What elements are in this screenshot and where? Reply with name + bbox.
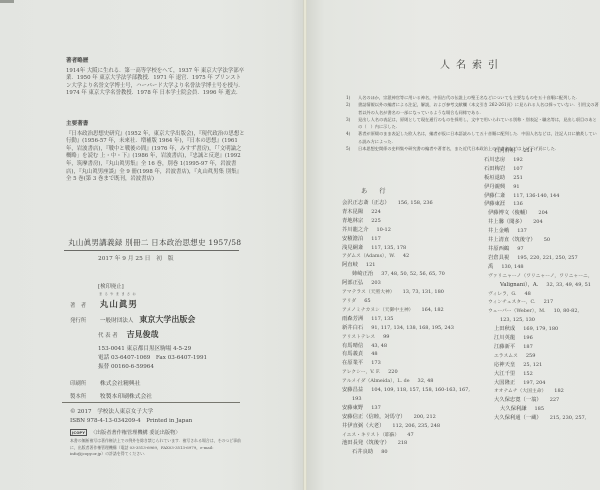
entry-name: 大久保利通（一蔵）	[494, 415, 542, 421]
index-entry: 青木昆陽224	[342, 208, 502, 217]
index-entry: 安藤東野137	[342, 404, 502, 413]
index-entry: アマテラス（天照大神）13, 73, 131, 180	[342, 288, 502, 297]
index-entry: アルメイダ（Almeida），L. de32, 48	[342, 377, 502, 386]
entry-name: 安積澹泊	[342, 236, 363, 242]
index-entry: 有馬義貞48	[342, 350, 502, 359]
entry-pages: 156, 158, 236	[398, 200, 433, 206]
phone-line: 電話 03-6407-1069 Fax 03-6407-1991	[98, 353, 207, 361]
entry-name: アメノミナカヌシ（天御中主神）	[342, 308, 413, 313]
note-item: 4)著者が原綴のまま表記した欧人名は，編者が仮に日本語読みして五十音順に配列した…	[346, 130, 600, 145]
works-heading: 主要著書	[66, 121, 246, 129]
entry-pages: 227	[550, 397, 560, 403]
note-number: 3)	[346, 116, 358, 131]
index-entry: 有馬晴信43, 48	[342, 342, 502, 351]
author-name: 丸山眞男	[100, 300, 138, 310]
printer-row: 印刷所 株式会社精興社	[70, 378, 141, 387]
entry-name: 浅見絅斎	[342, 245, 363, 251]
entry-pages: 187	[523, 344, 533, 350]
representative-name: 吉見俊哉	[127, 329, 159, 339]
index-entry: 在原業平173	[342, 359, 502, 368]
index-entry: 岩倉具視195, 220, 221, 250, 257	[484, 254, 600, 263]
entry-pages: 32, 48	[418, 378, 434, 384]
entry-pages: 13, 73, 131, 180	[403, 289, 444, 295]
note-text: 見出し人名の表記は，原則として現在通行のものを採用し，文中で用いられている別称・…	[358, 116, 600, 131]
note-text: 人名のほか，宗派神官等に用いる神名，中国古代の伝説上の聖王名などについても主要な…	[358, 94, 580, 101]
entry-name: 大国隆正	[494, 380, 515, 386]
address-line: 153-0041 東京都目黒区駒場 4-5-29	[98, 344, 191, 352]
note-number: 1)	[346, 94, 358, 101]
entry-pages: 99	[383, 334, 389, 340]
index-entry: アリストテレス99	[342, 333, 502, 342]
entry-name: ヴィレラ，G.	[488, 292, 517, 297]
entry-pages: 182	[554, 388, 564, 394]
entry-pages: 137	[517, 228, 527, 234]
index-title: 人名索引	[440, 56, 504, 71]
bio-text: 1914年 大阪に生れる．第一高等学校をへて，1937 年 東京大学法学部卒業．…	[66, 68, 246, 98]
author-ruby: まるやままさお	[99, 291, 138, 296]
index-entry: 新井白石91, 117, 134, 138, 168, 195, 243	[342, 324, 502, 333]
entry-name: アマテラス（天照大神）	[342, 290, 395, 295]
entry-name: アリダ	[342, 299, 356, 304]
entry-name: 石田梅岩	[484, 166, 505, 172]
index-entry: ウェーバー（Weber），M.10, 80-82,	[484, 307, 600, 316]
index-entry: 石川忠房192	[484, 156, 600, 165]
entry-pages: 48	[371, 351, 377, 357]
index-entry: 123, 125, 130	[484, 316, 600, 325]
section-heading: あ 行	[361, 186, 389, 195]
divider	[62, 402, 240, 403]
entry-name: アリストテレス	[342, 335, 375, 340]
representative-row: 代 表 者 吉見俊哉	[98, 329, 159, 340]
entry-name: 阿直岐	[342, 262, 358, 268]
entry-name: 安藤昌益	[342, 387, 363, 393]
entry-pages: 80	[381, 449, 387, 455]
index-entry: 池田長発（筑後守）218	[342, 439, 502, 448]
index-entry: ウィンチェスター，C.217	[484, 298, 600, 307]
entry-name: エラスムス	[494, 354, 518, 359]
entry-name: 井上金峨	[488, 228, 509, 234]
index-notes: 1)人名のほか，宗派神官等に用いる神名，中国古代の伝説上の聖王名などについても主…	[346, 94, 600, 152]
index-entry: 応神天皇25, 121	[484, 361, 600, 370]
entry-name: 伊藤仁斎	[484, 193, 505, 199]
entry-pages: 37, 48, 50, 52, 56, 65, 70	[381, 271, 445, 277]
entry-pages: 50	[544, 237, 550, 243]
entry-pages: 251	[513, 175, 523, 181]
index-entry: 安藤昌益104, 109, 118, 157, 158, 160-163, 16…	[342, 386, 502, 395]
entry-pages: 117, 135, 178	[371, 245, 406, 251]
index-entry: 井上金峨137	[484, 227, 600, 236]
entry-pages: 200, 212	[414, 414, 436, 420]
index-entry: 芥川龍之介10-12	[342, 226, 502, 235]
transfer-line: 振替 00160-6-59964	[98, 362, 154, 370]
index-entry: イエス・キリスト（耶蘇）47	[342, 431, 502, 440]
entry-pages: 10, 80-82,	[554, 308, 580, 314]
index-entry: ヴィレラ，G.48	[484, 290, 600, 299]
representative-label: 代 表 者	[98, 333, 118, 339]
entry-name: イエス・キリスト（耶蘇）	[342, 433, 399, 438]
index-entry: 大国隆正197, 204	[484, 379, 600, 388]
entry-pages: 97	[517, 246, 523, 252]
entry-name: 新井白石	[342, 325, 363, 331]
note-text: 書誌情報以外の編者による注記，解説，および参考文献欄（本文引き 262-261頁…	[358, 101, 600, 116]
copyright: © 2017 学校法人東京女子大学	[70, 407, 153, 415]
entry-pages: 259	[526, 353, 536, 359]
entry-name: 大久保忠寛（一翁）	[494, 397, 542, 403]
publisher-name: 東京大学出版会	[139, 314, 195, 324]
entry-pages: 192	[513, 157, 523, 163]
entry-name: 石川忠房	[484, 157, 505, 163]
entry-pages: 48	[525, 291, 531, 297]
entry-name: 有馬晴信	[342, 343, 363, 349]
index-column-2: 石河幹明251石川忠房192石田梅岩107板垣退助251伊丹親興91伊藤仁斎11…	[484, 147, 600, 423]
index-entry: 阿部正弘203	[342, 279, 502, 288]
index-entry: 安積澹泊117	[342, 235, 502, 244]
publisher-corp-type: 一般財団法人	[100, 318, 134, 324]
entry-pages: 215, 230, 257,	[550, 415, 587, 421]
index-entry: 浅見絅斎117, 135, 178	[342, 244, 502, 253]
entry-pages: 196	[523, 335, 533, 341]
entry-pages: 10-12	[377, 227, 391, 233]
entry-pages: 251	[523, 148, 533, 154]
entry-pages: 224	[371, 209, 381, 215]
index-entry: 会沢正志斎（正志）156, 158, 236	[342, 199, 502, 208]
entry-pages: 117	[371, 236, 381, 242]
works-text: 『日本政治思想史研究』(1952 年，東京大学出版会)，『現代政治の思想と行動』…	[66, 131, 246, 184]
entry-pages: 185	[535, 406, 545, 412]
entry-pages: 204	[538, 210, 548, 216]
entry-pages: 25, 121	[523, 362, 542, 368]
index-entry: 大久保利謙185	[484, 405, 600, 414]
index-entry: 伊丹親興91	[484, 183, 600, 192]
entry-pages: 112, 206, 235, 248	[392, 423, 440, 429]
entry-pages: 47	[407, 432, 413, 438]
index-entry: 姉崎正治37, 48, 50, 52, 56, 65, 70	[342, 270, 502, 279]
entry-name: 井原西鶴	[488, 246, 509, 252]
entry-pages: 195, 220, 221, 250, 257	[517, 255, 577, 261]
entry-pages: 117, 136-140, 144	[513, 193, 559, 199]
entry-name: アレクシー，V. F.	[342, 370, 380, 375]
entry-name: 板垣退助	[484, 175, 505, 181]
entry-pages: 130, 148	[501, 264, 523, 270]
index-entry: エラスムス259	[484, 352, 600, 361]
note-number: 5)	[346, 145, 358, 152]
entry-pages: 193	[352, 396, 362, 402]
entry-name: 姉崎正治	[352, 271, 373, 277]
entry-pages: 136	[513, 201, 523, 207]
note-item: 2)書誌情報以外の編者による注記，解説，および参考文献欄（本文引き 262-26…	[346, 101, 600, 116]
book-title: 丸山眞男講義録 別冊二 日本政治思想史 1957/58	[68, 237, 241, 248]
bio-heading: 著者略歴	[66, 58, 246, 66]
index-entry: Valignani），A.32, 33, 49, 49, 51	[484, 281, 600, 290]
printer-name: 株式会社精興社	[100, 381, 141, 387]
entry-pages: 65	[364, 298, 370, 304]
index-entry: 大久保忠寛（一翁）227	[484, 396, 600, 405]
printer-label: 印刷所	[70, 379, 98, 387]
jcopy-notice: JCOPY 〈出版者著作権管理機構 委託出版物〉	[70, 429, 180, 436]
entry-pages: 169, 179, 180	[523, 326, 558, 332]
entry-pages: 197, 204	[523, 380, 545, 386]
jcopy-note: 本書の無断複写は著作権法上での例外を除き禁じられています．複写される場合は，その…	[70, 438, 242, 458]
note-number: 4)	[346, 130, 358, 145]
entry-name: 芥川龍之介	[342, 227, 369, 233]
background-edge	[0, 0, 14, 3]
entry-name: 在原業平	[342, 360, 363, 366]
binder-row: 製本所 牧製本印刷株式会社	[70, 391, 152, 400]
index-entry: 井伊直弼（大老）112, 206, 235, 248	[342, 422, 502, 431]
index-entry: オオナムチ（大国主命）182	[484, 387, 600, 396]
index-entry: アレクシー，V. F.220	[342, 368, 502, 377]
index-entry: 江藤新平187	[484, 343, 600, 352]
author-biography: 著者略歴 1914年 大阪に生れる．第一高等学校をへて，1937 年 東京大学法…	[66, 58, 246, 98]
entry-name: 石河幹明	[494, 148, 515, 154]
entry-pages: 164, 182	[421, 307, 443, 313]
index-entry: 石井良助80	[342, 448, 502, 457]
entry-pages: 42	[403, 253, 409, 259]
entry-name: 井伊直弼（大老）	[342, 423, 384, 429]
entry-name: 青木昆陽	[342, 209, 363, 215]
entry-pages: 91	[513, 184, 519, 190]
index-entry: 伊藤仁斎117, 136-140, 144	[484, 192, 600, 201]
entry-name: 有馬義貞	[342, 351, 363, 357]
entry-name: 会沢正志斎（正志）	[342, 200, 390, 206]
index-entry: 193	[342, 395, 502, 404]
entry-pages: 121	[366, 262, 376, 268]
edition-date: 2017 年 9 月 25 日 初 版	[98, 253, 174, 262]
index-column-1: 会沢正志斎（正志）156, 158, 236青木昆陽224青地林宗225芥川龍之…	[342, 199, 502, 457]
entry-pages: 218	[398, 440, 408, 446]
entry-name: 阿部正弘	[342, 280, 363, 286]
index-entry: 石河幹明251	[484, 147, 600, 156]
entry-name: ウェーバー（Weber），M.	[488, 309, 546, 314]
index-entry: 井原西鶴97	[484, 245, 600, 254]
entry-name: オオナムチ（大国主命）	[494, 389, 546, 394]
index-entry: 阿直岐121	[342, 261, 502, 270]
entry-name: 応神天皇	[494, 362, 515, 368]
entry-name: 井上馨（聞多）	[488, 219, 525, 225]
index-entry: 伊藤東涯136	[484, 200, 600, 209]
entry-name: 池田長発（筑後守）	[342, 440, 390, 446]
entry-name: 岩倉具視	[488, 255, 509, 261]
author-label: 著 者	[70, 301, 98, 309]
entry-pages: 137	[371, 405, 381, 411]
index-entry: アリダ65	[342, 297, 502, 306]
index-entry: 安藤信正（信睦，対馬守）200, 212	[342, 413, 502, 422]
divider	[64, 250, 239, 251]
note-item: 3)見出し人名の表記は，原則として現在通行のものを採用し，文中で用いられている別…	[346, 116, 600, 131]
entry-name: 伊丹親興	[484, 184, 505, 190]
index-entry: 上田秋成169, 179, 180	[484, 325, 600, 334]
index-entry: 禹130, 148	[484, 263, 600, 272]
entry-name: 井上清直（筑後守）	[488, 237, 536, 243]
entry-name: ウィンチェスター，C.	[488, 300, 536, 305]
index-entry: 雨森芳洲117, 135	[342, 315, 502, 324]
entry-name: ヴァリニャーノ（ワリニャーノ，ワリニャーニ，	[488, 274, 593, 279]
entry-pages: 123, 125, 130	[500, 317, 535, 323]
entry-pages: 107	[513, 166, 523, 172]
index-entry: 石田梅岩107	[484, 165, 600, 174]
major-works: 主要著書 『日本政治思想史研究』(1952 年，東京大学出版会)，『現代政治の思…	[66, 121, 246, 184]
entry-pages: 204	[533, 219, 543, 225]
publisher-label: 発行所	[70, 316, 98, 324]
entry-name: 大江千里	[494, 371, 515, 377]
index-entry: 井上清直（筑後守）50	[484, 236, 600, 245]
entry-pages: 225	[371, 218, 381, 224]
entry-name: 禹	[488, 264, 493, 270]
publisher-row: 発行所 一般財団法人 東京大学出版会	[70, 314, 195, 325]
entry-name: 雨森芳洲	[342, 316, 363, 322]
entry-name: 伊藤博文（俊輔）	[488, 210, 530, 216]
entry-pages: 173	[371, 360, 381, 366]
entry-pages: 43, 48	[371, 343, 387, 349]
entry-name: 江藤新平	[494, 344, 515, 350]
entry-name: 伊藤東涯	[484, 201, 505, 207]
index-entry: 板垣退助251	[484, 174, 600, 183]
isbn: ISBN 978-4-13-034209-4 Printed in Japan	[70, 416, 192, 424]
index-entry: 大江千里152	[484, 370, 600, 379]
index-entry: ヴァリニャーノ（ワリニャーノ，ワリニャーニ，	[484, 272, 600, 281]
index-entry: アダムス（Adams），W.42	[342, 252, 502, 261]
entry-pages: 217	[544, 299, 554, 305]
index-entry: 大久保利通（一蔵）215, 230, 257,	[484, 414, 600, 423]
binder-label: 製本所	[70, 392, 98, 400]
entry-name: 上田秋成	[494, 326, 515, 332]
entry-name: Valignani），A.	[500, 282, 538, 288]
entry-name: 江川英龍	[494, 335, 515, 341]
index-entry: 青地林宗225	[342, 217, 502, 226]
index-entry: アメノミナカヌシ（天御中主神）164, 182	[342, 306, 502, 315]
jcopy-heading: 〈出版者著作権管理機構 委託出版物〉	[91, 430, 181, 436]
entry-pages: 220	[388, 369, 398, 375]
entry-pages: 104, 109, 118, 157, 158, 160-163, 167,	[371, 387, 470, 393]
entry-name: アルメイダ（Almeida），L. de	[342, 379, 410, 384]
index-entry: 江川英龍196	[484, 334, 600, 343]
entry-pages: 203	[371, 280, 381, 286]
entry-name: アダムス（Adams），W.	[342, 254, 395, 259]
entry-name: 安藤東野	[342, 405, 363, 411]
jcopy-badge: JCOPY	[70, 429, 87, 436]
entry-pages: 152	[523, 371, 533, 377]
entry-name: 青地林宗	[342, 218, 363, 224]
index-entry: 井上馨（聞多）204	[484, 218, 600, 227]
author-row: 著 者 丸山眞男	[70, 298, 138, 310]
binder-name: 牧製本印刷株式会社	[100, 394, 152, 400]
note-text: 著者が原綴のまま表記した欧人名は，編者が仮に日本語読みして五十音順に配列した．中…	[358, 130, 600, 145]
note-number: 2)	[346, 101, 358, 116]
entry-pages: 117, 135	[371, 316, 393, 322]
note-item: 1)人名のほか，宗派神官等に用いる神名，中国古代の伝説上の聖王名などについても主…	[346, 94, 600, 101]
entry-pages: 91, 117, 134, 138, 168, 195, 243	[371, 325, 454, 331]
entry-name: 大久保利謙	[500, 406, 527, 412]
seal-note: [検印廃止]	[98, 282, 124, 290]
entry-name: 安藤信正（信睦，対馬守）	[342, 414, 406, 420]
index-entry: 伊藤博文（俊輔）204	[484, 209, 600, 218]
entry-name: 石井良助	[352, 449, 373, 455]
entry-pages: 32, 33, 49, 49, 51	[546, 282, 591, 288]
